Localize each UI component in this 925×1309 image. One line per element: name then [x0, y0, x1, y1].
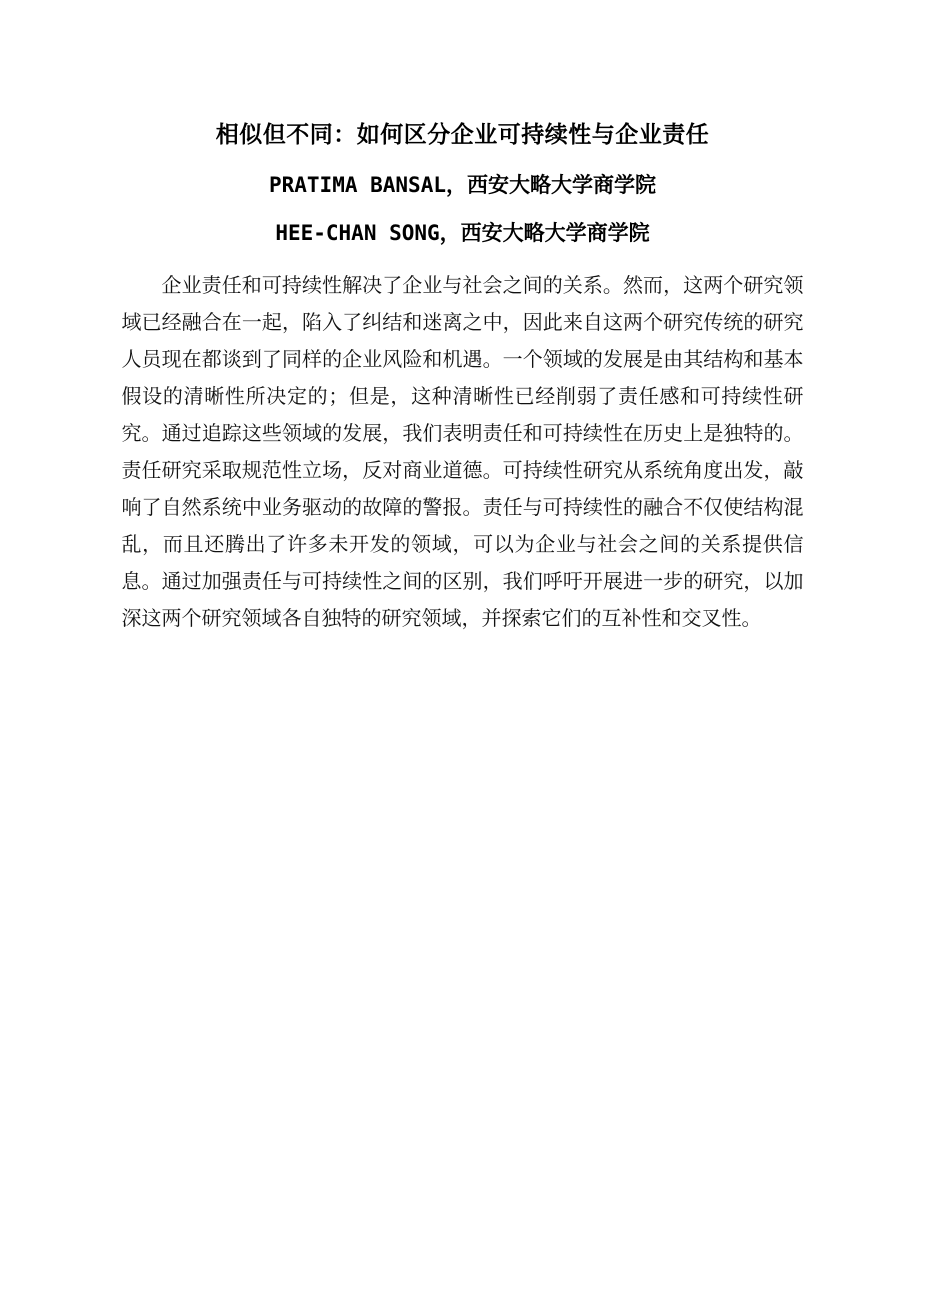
document-page: 相似但不同：如何区分企业可持续性与企业责任 PRATIMA BANSAL，西安大…	[0, 0, 925, 1309]
author-line-1: PRATIMA BANSAL，西安大略大学商学院	[122, 172, 804, 198]
page-content: 相似但不同：如何区分企业可持续性与企业责任 PRATIMA BANSAL，西安大…	[122, 0, 804, 638]
abstract-paragraph: 企业责任和可持续性解决了企业与社会之间的关系。然而，这两个研究领域已经融合在一起…	[122, 268, 804, 638]
paper-title: 相似但不同：如何区分企业可持续性与企业责任	[122, 120, 804, 148]
author-line-2: HEE-CHAN SONG，西安大略大学商学院	[122, 220, 804, 246]
